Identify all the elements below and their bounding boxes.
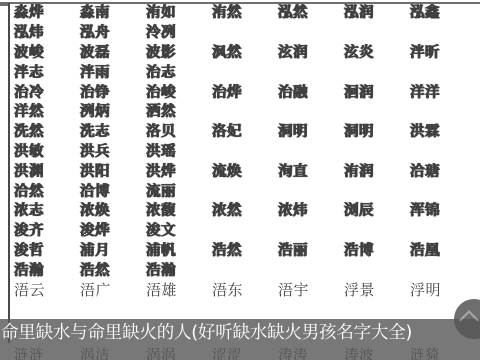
name-cell: 泫炎 xyxy=(344,41,410,62)
name-cell: 洪烨 xyxy=(146,160,212,181)
name-cell: 治烨 xyxy=(212,81,278,102)
name-row: 洽然 洽博 流丽 xyxy=(14,180,480,200)
name-cell: 泓润 xyxy=(344,1,410,22)
name-cell: 洧润 xyxy=(344,160,410,181)
name-row: 洗然 洗志 洛贝 洛妃 洞明 洞明 洪霖 xyxy=(14,121,480,141)
name-cell: 泠冽 xyxy=(146,21,212,42)
name-cell: 淼南 xyxy=(80,1,146,22)
name-cell: 洋然 xyxy=(14,100,80,121)
name-cell: 洞明 xyxy=(278,120,344,141)
name-cell: 浓志 xyxy=(14,199,80,220)
name-cell: 洧然 xyxy=(212,1,278,22)
name-cell: 淼烨 xyxy=(14,1,80,22)
name-cell: 浓焕 xyxy=(80,199,146,220)
name-cell: 治冷 xyxy=(14,81,80,102)
name-cell: 浩然 xyxy=(212,239,278,260)
name-cell: 浓馥 xyxy=(146,199,212,220)
name-cell: 浚烨 xyxy=(80,219,146,240)
name-cell: 浦帆 xyxy=(146,239,212,260)
name-grid: 淼烨 淼南 洧如 洧然 泓然 泓润 泓鑫 泓炜 泓舟 泠冽 波峻 波磊 波影 沨… xyxy=(14,2,480,299)
name-cell: 浩丽 xyxy=(278,239,344,260)
name-cell: 洌炳 xyxy=(80,100,146,121)
name-cell: 浏辰 xyxy=(344,199,410,220)
name-cell: 浚齐 xyxy=(14,219,80,240)
name-cell: 洪兵 xyxy=(80,140,146,161)
name-cell: 浯云 xyxy=(14,279,80,300)
name-row: 泓炜 泓舟 泠冽 xyxy=(14,22,480,42)
name-cell: 洪敏 xyxy=(14,140,80,161)
name-cell: 洽瑭 xyxy=(410,160,476,181)
name-cell: 浓炜 xyxy=(278,199,344,220)
name-cell: 泓鑫 xyxy=(410,1,476,22)
name-cell: 洛贝 xyxy=(146,120,212,141)
name-cell: 浩博 xyxy=(344,239,410,260)
name-row: 浚哲 浦月 浦帆 浩然 浩丽 浩博 浩凰 xyxy=(14,240,480,260)
name-cell: 洄润 xyxy=(344,81,410,102)
name-cell: 浓然 xyxy=(212,199,278,220)
name-cell: 波影 xyxy=(146,41,212,62)
name-cell: 治志 xyxy=(146,61,212,82)
name-cell: 沨然 xyxy=(212,41,278,62)
name-cell: 浯宇 xyxy=(278,279,344,300)
name-cell: 洪瑶 xyxy=(146,140,212,161)
name-row: 洪渊 洪阳 洪烨 流焕 洵直 洧润 洽瑭 xyxy=(14,160,480,180)
article-image: 淼烨 淼南 洧如 洧然 泓然 泓润 泓鑫 泓炜 泓舟 泠冽 波峻 波磊 波影 沨… xyxy=(0,0,480,360)
name-cell: 洽然 xyxy=(14,180,80,201)
name-cell: 浚哲 xyxy=(14,239,80,260)
name-cell: 洪霖 xyxy=(410,120,476,141)
name-cell: 洪阳 xyxy=(80,160,146,181)
name-row: 浚齐 浚烨 浚文 xyxy=(14,220,480,240)
name-cell: 浯东 xyxy=(212,279,278,300)
name-row: 波峻 波磊 波影 沨然 泫润 泫炎 泮昕 xyxy=(14,42,480,62)
name-cell: 洋洋 xyxy=(410,81,476,102)
name-cell: 治峻 xyxy=(146,81,212,102)
name-cell: 洽博 xyxy=(80,180,146,201)
name-cell: 流丽 xyxy=(146,180,212,201)
name-cell: 洪渊 xyxy=(14,160,80,181)
name-row: 浯云 浯广 浯雄 浯东 浯宇 浮景 浮明 xyxy=(14,279,480,299)
name-cell: 浩瀚 xyxy=(146,259,212,280)
name-cell: 浦月 xyxy=(80,239,146,260)
table-left-border xyxy=(8,3,10,343)
name-cell: 洛妃 xyxy=(212,120,278,141)
name-cell: 浚文 xyxy=(146,219,212,240)
name-cell: 浯雄 xyxy=(146,279,212,300)
name-row: 洪敏 洪兵 洪瑶 xyxy=(14,141,480,161)
name-cell: 泮雨 xyxy=(80,61,146,82)
name-row: 浓志 浓焕 浓馥 浓然 浓炜 浏辰 浑锦 xyxy=(14,200,480,220)
name-cell: 洒然 xyxy=(146,100,212,121)
name-cell: 浩凰 xyxy=(410,239,476,260)
name-cell: 浮景 xyxy=(344,279,410,300)
name-row: 洋然 洌炳 洒然 xyxy=(14,101,480,121)
name-cell: 泮志 xyxy=(14,61,80,82)
name-cell: 洵直 xyxy=(278,160,344,181)
table-corner-tick xyxy=(0,4,8,6)
name-cell: 洞明 xyxy=(344,120,410,141)
name-row: 泮志 泮雨 治志 xyxy=(14,61,480,81)
name-cell: 治融 xyxy=(278,81,344,102)
name-row: 治冷 治铮 治峻 治烨 治融 洄润 洋洋 xyxy=(14,81,480,101)
name-cell: 流焕 xyxy=(212,160,278,181)
name-cell: 泓炜 xyxy=(14,21,80,42)
chevron-up-icon xyxy=(459,310,479,330)
image-caption: 命里缺水与命里缺火的人(好听缺水缺火男孩名字大全) xyxy=(0,320,480,346)
name-cell: 洗志 xyxy=(80,120,146,141)
name-cell: 波峻 xyxy=(14,41,80,62)
name-cell: 浑锦 xyxy=(410,199,476,220)
name-cell: 治铮 xyxy=(80,81,146,102)
name-cell: 泮昕 xyxy=(410,41,476,62)
name-cell: 浯广 xyxy=(80,279,146,300)
name-cell: 波磊 xyxy=(80,41,146,62)
name-cell: 浩然 xyxy=(80,259,146,280)
name-row: 浩瀚 浩然 浩瀚 xyxy=(14,259,480,279)
name-cell: 洧如 xyxy=(146,1,212,22)
name-cell: 泫润 xyxy=(278,41,344,62)
name-cell: 洗然 xyxy=(14,120,80,141)
name-cell: 泓然 xyxy=(278,1,344,22)
name-cell: 泓舟 xyxy=(80,21,146,42)
name-cell: 浩瀚 xyxy=(14,259,80,280)
name-row: 淼烨 淼南 洧如 洧然 泓然 泓润 泓鑫 xyxy=(14,2,480,22)
name-cell: 浮明 xyxy=(410,279,476,300)
